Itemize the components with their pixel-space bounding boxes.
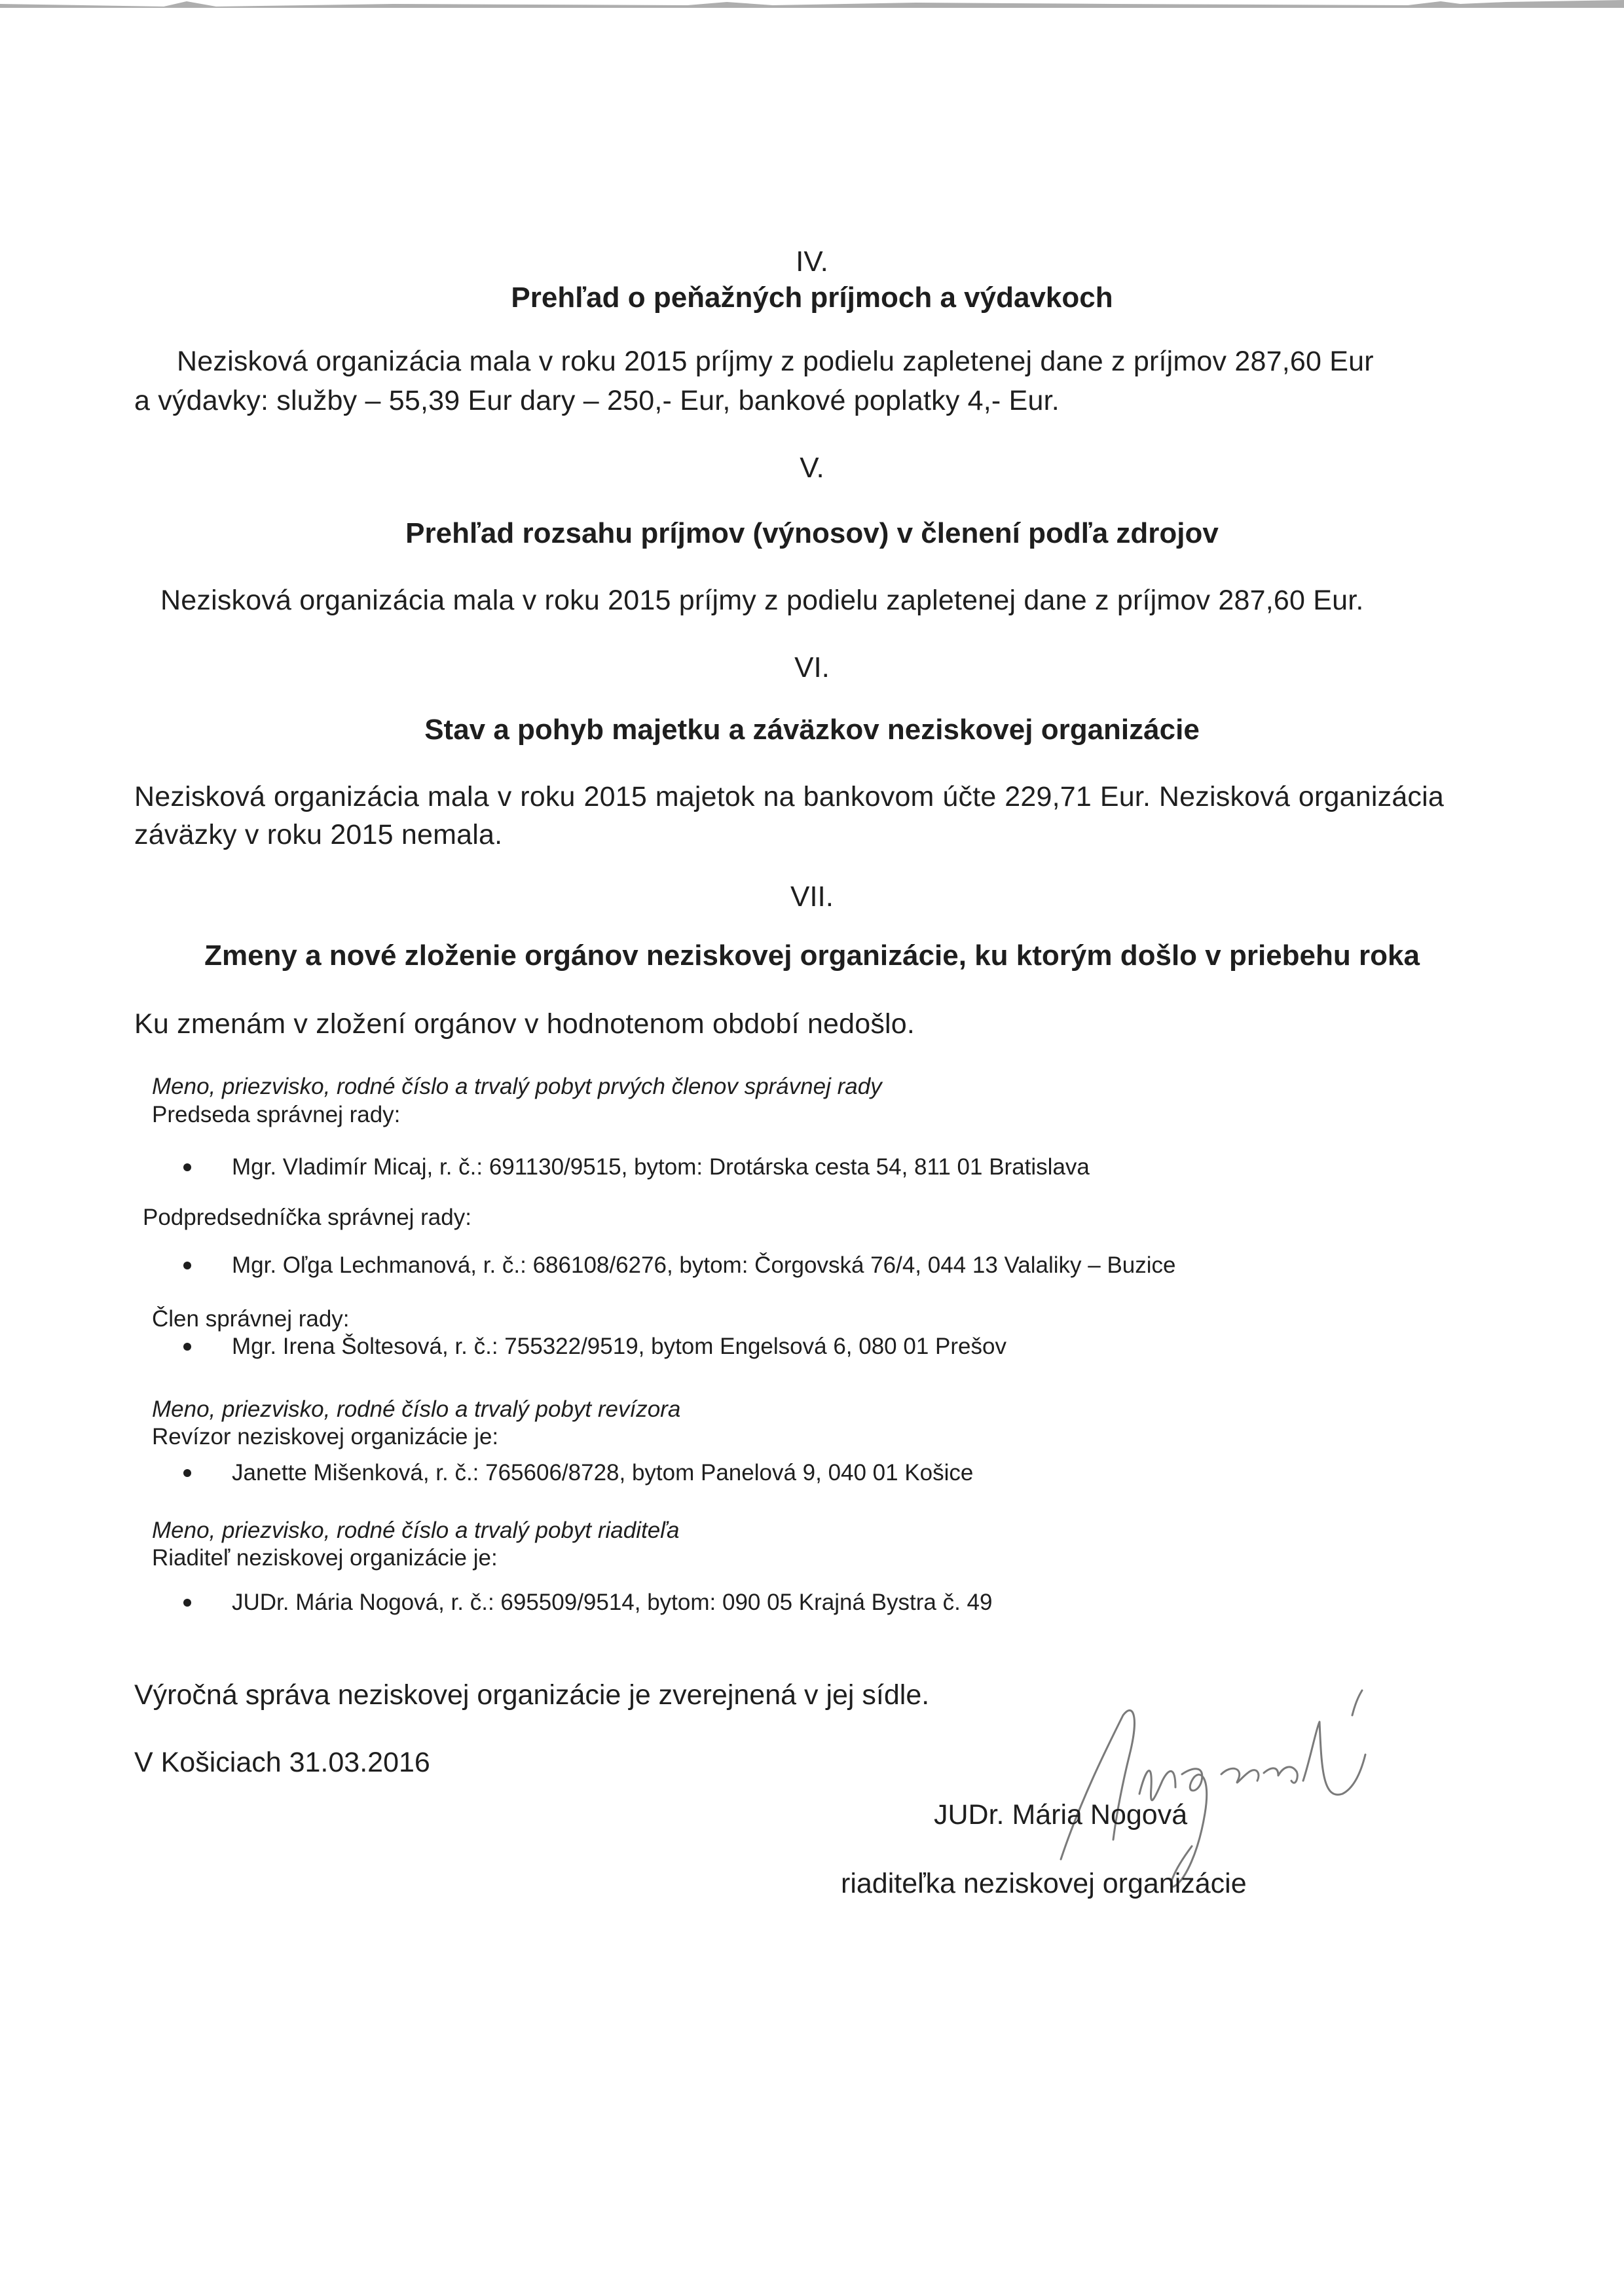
- section-v-title: Prehľad rozsahu príjmov (výnosov) v člen…: [0, 517, 1624, 550]
- board-member-text: Mgr. Irena Šoltesová, r. č.: 755322/9519…: [232, 1334, 1006, 1360]
- director-text: JUDr. Mária Nogová, r. č.: 695509/9514, …: [232, 1590, 992, 1616]
- director-item: JUDr. Mária Nogová, r. č.: 695509/9514, …: [177, 1590, 992, 1616]
- director-caption: Meno, priezvisko, rodné číslo a trvalý p…: [152, 1518, 680, 1544]
- auditor-label: Revízor neziskovej organizácie je:: [152, 1424, 498, 1450]
- board-chair-item: Mgr. Vladimír Micaj, r. č.: 691130/9515,…: [177, 1154, 1090, 1180]
- bullet-icon: [183, 1343, 191, 1351]
- auditor-item: Janette Mišenková, r. č.: 765606/8728, b…: [177, 1460, 973, 1486]
- section-v-numeral: V.: [0, 452, 1624, 484]
- bullet-icon: [183, 1599, 191, 1607]
- board-chair-text: Mgr. Vladimír Micaj, r. č.: 691130/9515,…: [232, 1154, 1090, 1180]
- section-vii-text: Ku zmenám v zložení orgánov v hodnotenom…: [134, 1008, 915, 1040]
- auditor-caption: Meno, priezvisko, rodné číslo a trvalý p…: [152, 1396, 680, 1423]
- signatory-role: riaditeľka neziskovej organizácie: [841, 1868, 1247, 1900]
- board-vice-chair-label: Podpredsedníčka správnej rady:: [143, 1205, 471, 1231]
- bullet-icon: [183, 1262, 191, 1269]
- board-member-item: Mgr. Irena Šoltesová, r. č.: 755322/9519…: [177, 1334, 1006, 1360]
- signatory-name: JUDr. Mária Nogová: [934, 1799, 1187, 1831]
- section-vi-text: Nezisková organizácia mala v roku 2015 m…: [134, 778, 1444, 854]
- place-and-date: V Košiciach 31.03.2016: [134, 1747, 430, 1779]
- director-label: Riaditeľ neziskovej organizácie je:: [152, 1545, 498, 1571]
- board-member-label: Člen správnej rady:: [152, 1306, 350, 1332]
- auditor-text: Janette Mišenková, r. č.: 765606/8728, b…: [232, 1460, 973, 1486]
- bullet-icon: [183, 1469, 191, 1477]
- board-vice-chair-item: Mgr. Oľga Lechmanová, r. č.: 686108/6276…: [177, 1252, 1176, 1279]
- board-caption: Meno, priezvisko, rodné číslo a trvalý p…: [152, 1074, 882, 1100]
- scan-edge-artifact: [0, 0, 1624, 8]
- section-vi-title: Stav a pohyb majetku a záväzkov neziskov…: [0, 714, 1624, 746]
- section-iv-text-line-1: Nezisková organizácia mala v roku 2015 p…: [177, 346, 1374, 378]
- section-iv-text-line-2: a výdavky: služby – 55,39 Eur dary – 250…: [134, 385, 1060, 417]
- section-vii-numeral: VII.: [0, 881, 1624, 913]
- section-vii-title: Zmeny a nové zloženie orgánov neziskovej…: [0, 939, 1624, 972]
- board-chair-label: Predseda správnej rady:: [152, 1102, 400, 1128]
- publication-statement: Výročná správa neziskovej organizácie je…: [134, 1679, 929, 1711]
- bullet-icon: [183, 1163, 191, 1171]
- section-v-text: Nezisková organizácia mala v roku 2015 p…: [160, 585, 1364, 617]
- section-vi-numeral: VI.: [0, 651, 1624, 684]
- section-iv-numeral: IV.: [0, 246, 1624, 278]
- board-vice-chair-text: Mgr. Oľga Lechmanová, r. č.: 686108/6276…: [232, 1252, 1176, 1279]
- section-iv-title: Prehľad o peňažných príjmoch a výdavkoch: [0, 282, 1624, 314]
